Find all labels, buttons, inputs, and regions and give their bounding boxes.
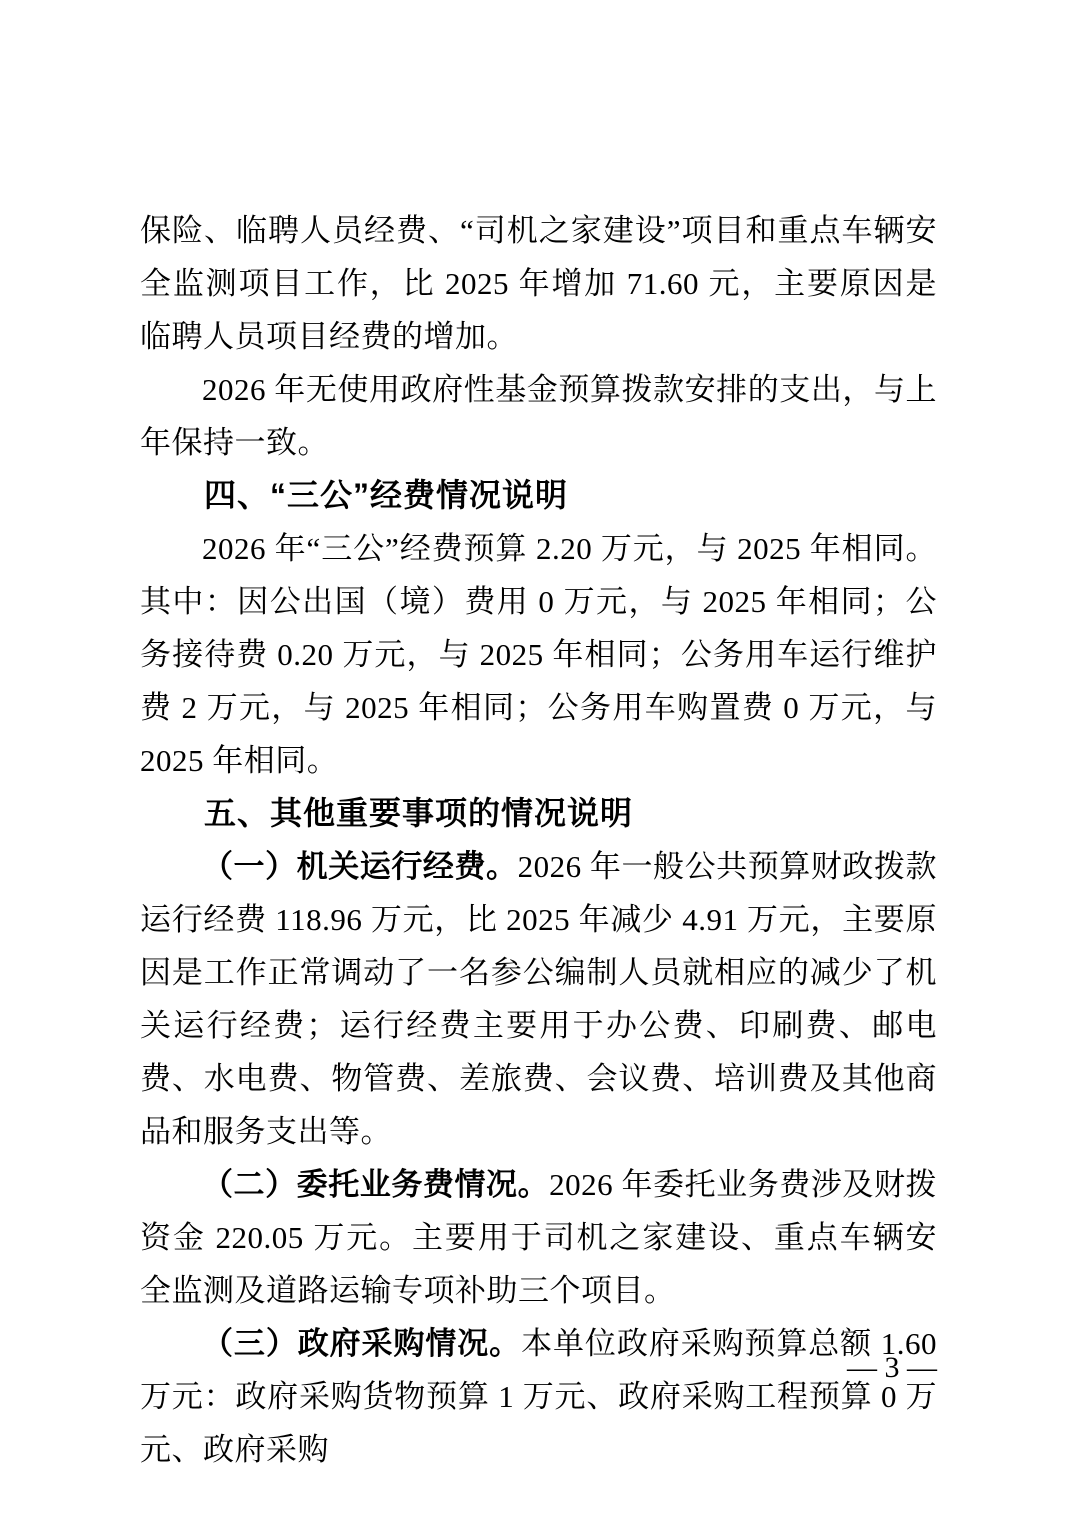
- paragraph-body-agency-operating-funds: 2026 年一般公共预算财政拨款运行经费 118.96 万元，比 2025 年减…: [140, 849, 937, 1149]
- paragraph-lead-entrusted-business-fees: （二）委托业务费情况。: [202, 1167, 549, 1202]
- paragraph-lead-agency-operating-funds: （一）机关运行经费。: [202, 849, 518, 884]
- paragraph-government-procurement: （三）政府采购情况。本单位政府采购预算总额 1.60 万元：政府采购货物预算 1…: [140, 1317, 937, 1476]
- page-footer: — 3 —: [847, 1349, 937, 1387]
- paragraph-gov-fund-budget: 2026 年无使用政府性基金预算拨款安排的支出，与上年保持一致。: [140, 363, 937, 469]
- document-body: 保险、临聘人员经费、“司机之家建设”项目和重点车辆安全监测项目工作，比 2025…: [140, 204, 937, 1476]
- paragraph-carryover: 保险、临聘人员经费、“司机之家建设”项目和重点车辆安全监测项目工作，比 2025…: [140, 204, 937, 363]
- paragraph-agency-operating-funds: （一）机关运行经费。2026 年一般公共预算财政拨款运行经费 118.96 万元…: [140, 840, 937, 1158]
- section-heading-four-sangong-expenses: 四、“三公”经费情况说明: [140, 469, 937, 522]
- document-page: 保险、临聘人员经费、“司机之家建设”项目和重点车辆安全监测项目工作，比 2025…: [0, 0, 1074, 1520]
- section-heading-five-other-important-items: 五、其他重要事项的情况说明: [140, 787, 937, 840]
- paragraph-entrusted-business-fees: （二）委托业务费情况。2026 年委托业务费涉及财拨资金 220.05 万元。主…: [140, 1158, 937, 1317]
- page-number: — 3 —: [847, 1351, 937, 1384]
- paragraph-sangong-expense-detail: 2026 年“三公”经费预算 2.20 万元，与 2025 年相同。其中：因公出…: [140, 522, 937, 787]
- paragraph-lead-government-procurement: （三）政府采购情况。: [202, 1326, 521, 1361]
